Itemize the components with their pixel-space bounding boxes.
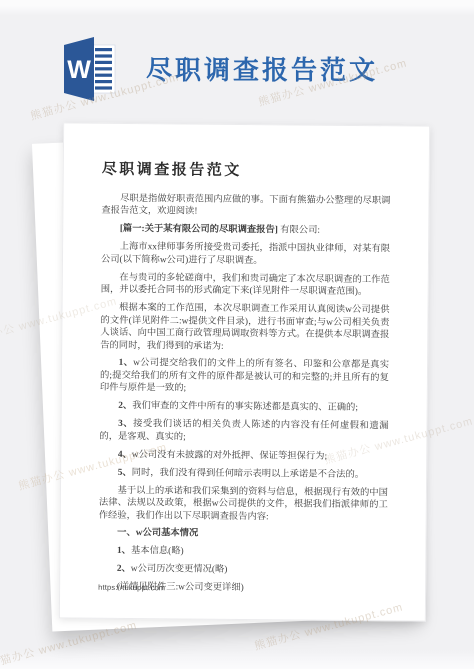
doc-paragraph: 根据本案的工作范围，本次尽职调查工作采用认真阅读w公司提供的文件(详见附件二:w… bbox=[100, 302, 389, 354]
doc-paragraph: 上海市xx律师事务所接受贵司委托，指派中国执业律师，对某有限公司(以下简称w公司… bbox=[101, 241, 390, 268]
word-icon-letter: W bbox=[64, 40, 94, 100]
doc-paragraph: 2、w公司历次变更情况(略) bbox=[98, 563, 387, 578]
doc-paragraph: 1、基本信息(略) bbox=[98, 545, 387, 560]
doc-paragraph: 4、w公司没有未披露的对外抵押、保证等担保行为; bbox=[99, 448, 388, 463]
doc-paragraph: 3、接受我们谈话的相关负责人陈述的内容没有任何虚假和遗漏的，是客观、真实的; bbox=[99, 418, 388, 445]
page-title: 尽职调查报告范文 bbox=[146, 50, 378, 87]
doc-paragraph: 5、同时，我们没有得到任何暗示表明以上承诺是不合法的。 bbox=[99, 466, 388, 481]
doc-paragraph: 在与贵司的多轮磋商中，我们和贵司确定了本次尽职调查的工作范围，并以委托合同书的形… bbox=[101, 272, 390, 299]
doc-title: 尽职调查报告范文 bbox=[102, 158, 391, 182]
doc-body: 尽职是指做好职责范围内应做的事。下面有熊猫办公整理的尽职调查报告范文，欢迎阅读!… bbox=[98, 193, 390, 596]
doc-paragraph: 基于以上的承诺和我们采集到的资料与信息，根据现行有效的中国法律、法规以及政策，根… bbox=[99, 484, 388, 524]
word-icon: W bbox=[64, 37, 116, 101]
doc-paragraph: [篇一:关于某有限公司的尽职调查报告] 有限公司: bbox=[101, 223, 390, 238]
doc-footer-url[interactable]: https://tukuppt.com bbox=[98, 583, 165, 593]
doc-paragraph: 一、w公司基本情况 bbox=[99, 527, 388, 542]
doc-paragraph: 2、我们审查的文件中所有的事实陈述都是真实的、正确的; bbox=[100, 400, 389, 415]
doc-paragraph: 尽职是指做好职责范围内应做的事。下面有熊猫办公整理的尽职调查报告范文，欢迎阅读! bbox=[101, 193, 390, 220]
doc-paragraph: 1、w公司提交给我们的文件上的所有签名、印鉴和公章都是真实的;提交给我们的所有文… bbox=[100, 357, 389, 397]
preview-canvas: W 尽职调查报告范文 尽职调查报告范文 尽职是指做好职责范围内应做的事。下面有熊… bbox=[0, 0, 474, 669]
paper-main[interactable]: 尽职调查报告范文 尽职是指做好职责范围内应做的事。下面有熊猫办公整理的尽职调查报… bbox=[59, 122, 430, 621]
doc-page: 尽职调查报告范文 尽职是指做好职责范围内应做的事。下面有熊猫办公整理的尽职调查报… bbox=[60, 123, 429, 620]
